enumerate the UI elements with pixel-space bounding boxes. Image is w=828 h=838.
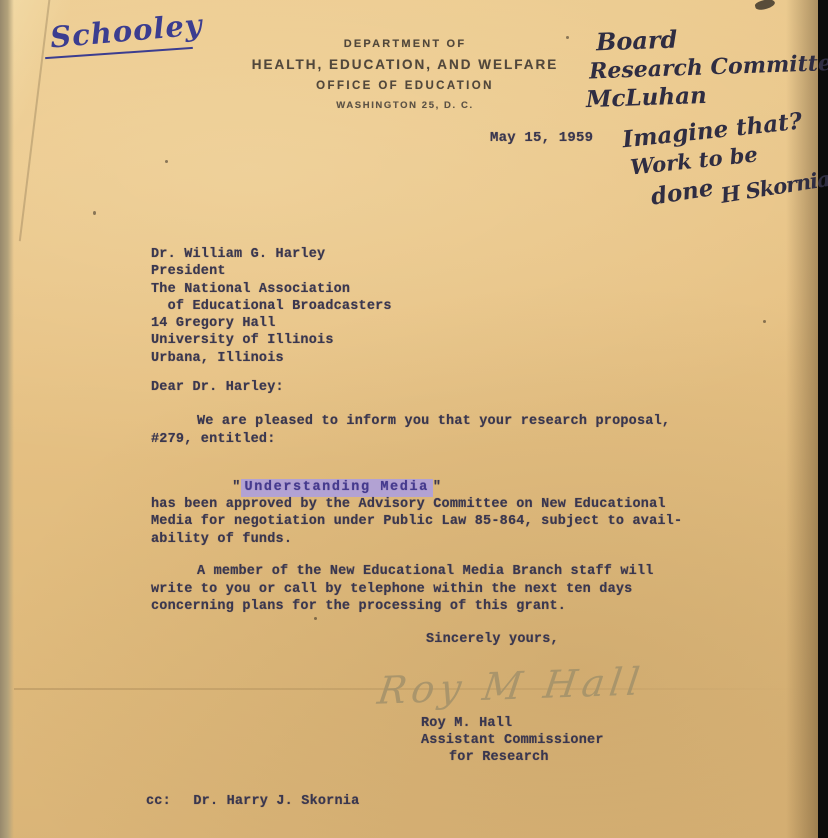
paper-speck (93, 211, 96, 215)
annotation-board: Board (596, 25, 678, 57)
letterhead-city: WASHINGTON 25, D. C. (245, 100, 565, 111)
highlighted-proposal-title: Understanding Media (241, 479, 433, 497)
handwritten-signature: Roy M Hall (375, 659, 647, 713)
paper-speck (566, 36, 569, 39)
body-p2-line3: ability of funds. (151, 531, 682, 548)
address-line: President (151, 263, 392, 280)
valediction: Sincerely yours, (426, 631, 559, 648)
body-paragraph-2: has been approved by the Advisory Commit… (151, 496, 682, 548)
annotation-done: done (649, 174, 715, 210)
address-line: The National Association (151, 281, 392, 298)
salutation: Dear Dr. Harley: (151, 379, 284, 396)
paper-speck (314, 617, 317, 620)
ink-smudge-top-right (754, 0, 776, 11)
cc-name: Dr. Harry J. Skornia (193, 794, 359, 809)
letterhead-office: OFFICE OF EDUCATION (245, 80, 565, 92)
body-p3-line3: concerning plans for the processing of t… (151, 598, 566, 615)
body-p2-line2: Media for negotiation under Public Law 8… (151, 513, 682, 530)
paper-speck (763, 320, 766, 323)
body-p1-line2: #279, entitled: (151, 431, 276, 448)
cc-label: cc: (146, 794, 171, 809)
annotation-mcluhan: McLuhan (586, 82, 708, 113)
recipient-address-block: Dr. William G. Harley President The Nati… (151, 246, 392, 367)
body-p1-line1: We are pleased to inform you that your r… (197, 413, 670, 430)
address-line: of Educational Broadcasters (151, 298, 392, 315)
scan-border-black (818, 0, 828, 838)
signer-title-1: Assistant Commissioner (421, 732, 604, 749)
body-p3-line2: write to you or call by telephone within… (151, 581, 632, 598)
scanned-letter-page: Schooley DEPARTMENT OF HEALTH, EDUCATION… (0, 0, 828, 838)
address-line: Urbana, Illinois (151, 350, 392, 367)
title-close-quote: " (433, 480, 441, 495)
body-p2-line1: has been approved by the Advisory Commit… (151, 496, 682, 513)
address-line: Dr. William G. Harley (151, 246, 392, 263)
letterhead-department: DEPARTMENT OF (245, 38, 565, 50)
paper-speck (165, 160, 168, 163)
address-line: 14 Gregory Hall (151, 315, 392, 332)
cc-line: cc: Dr. Harry J. Skornia (146, 791, 359, 810)
date-line: May 15, 1959 (490, 130, 593, 147)
signer-title-2: for Research (449, 749, 549, 766)
signer-name: Roy M. Hall (421, 715, 512, 732)
left-page-edge (0, 0, 14, 838)
address-line: University of Illinois (151, 332, 392, 349)
body-p3-line1: A member of the New Educational Media Br… (197, 563, 654, 580)
letterhead-agency: HEALTH, EDUCATION, AND WELFARE (245, 57, 565, 72)
title-open-quote: " (232, 480, 240, 495)
